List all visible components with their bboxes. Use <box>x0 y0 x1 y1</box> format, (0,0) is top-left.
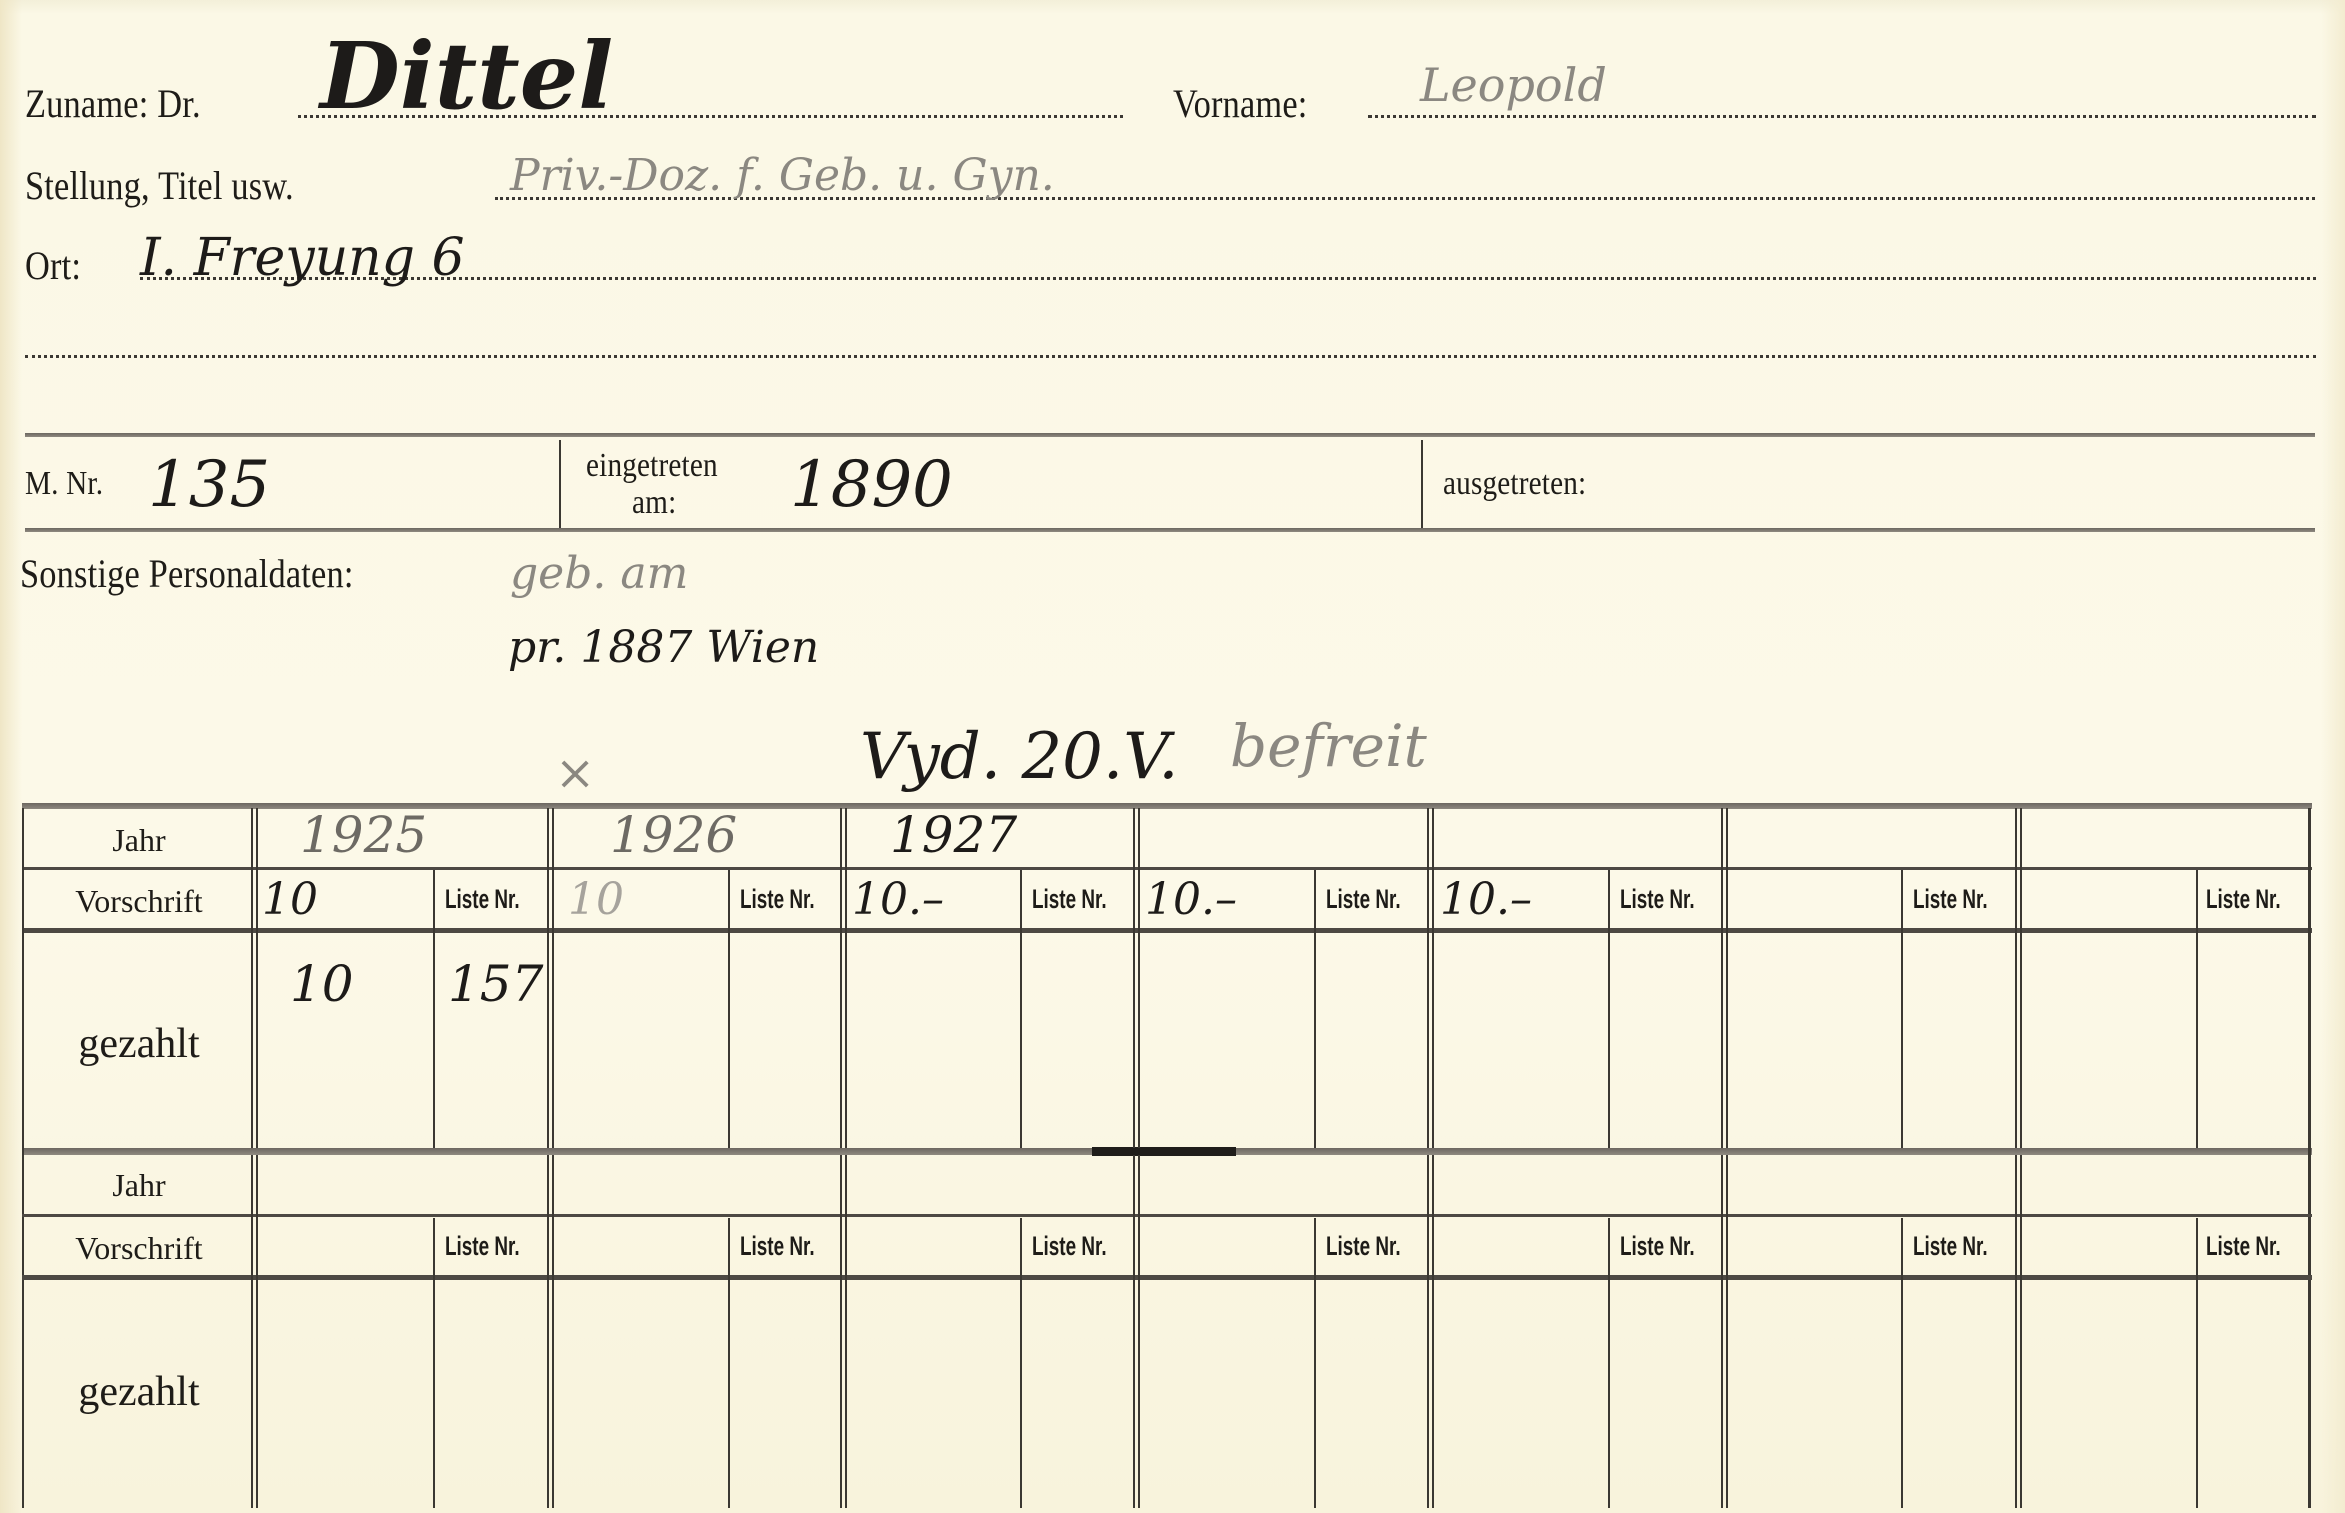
member-no-label: M. Nr. <box>25 465 103 503</box>
list-divider <box>1901 870 1903 1148</box>
place-label: Ort: <box>25 242 81 289</box>
list-no-header: Liste Nr. <box>1620 884 1695 915</box>
group-divider <box>840 1155 847 1508</box>
prescribed-cell[interactable]: 10 <box>568 874 624 925</box>
list-no-header: Liste Nr. <box>1032 1231 1107 1262</box>
list-divider <box>1608 870 1610 1148</box>
group-divider <box>1133 808 1140 1148</box>
group-divider <box>1427 808 1434 1148</box>
row-label-year: Jahr <box>25 1167 253 1204</box>
prescribed-cell[interactable]: 10.– <box>852 874 944 925</box>
table-right-border <box>2308 808 2311 1508</box>
group-divider <box>547 808 554 1148</box>
group-divider <box>1133 1155 1140 1508</box>
list-divider <box>2196 870 2198 1148</box>
member-no-value[interactable]: 135 <box>148 448 270 522</box>
group-divider <box>1721 1155 1728 1508</box>
list-no-header: Liste Nr. <box>740 1231 815 1262</box>
list-divider <box>728 870 730 1148</box>
membership-divider <box>1421 440 1423 528</box>
position-value[interactable]: Priv.-Doz. f. Geb. u. Gyn. <box>510 150 1055 201</box>
prescribed-cell[interactable]: 10 <box>262 874 318 925</box>
list-divider <box>728 1218 730 1508</box>
cross-mark: × <box>555 745 595 801</box>
list-divider <box>1314 1218 1316 1508</box>
list-no-header: Liste Nr. <box>2206 1231 2281 1262</box>
table2-year-rule <box>22 1214 2312 1217</box>
prescribed-cell[interactable]: 10.– <box>1145 874 1237 925</box>
personal-line-2[interactable]: pr. 1887 Wien <box>508 622 819 673</box>
list-no-header: Liste Nr. <box>1032 884 1107 915</box>
row-label-prescribed: Vorschrift <box>25 1230 253 1267</box>
joined-label: eingetreten <box>586 447 718 485</box>
list-no-header: Liste Nr. <box>740 884 815 915</box>
row-label-paid: gezahlt <box>25 1020 253 1068</box>
membership-divider <box>559 440 561 528</box>
membership-bottom-rule <box>25 528 2315 532</box>
index-card: Zuname: Dr. Dittel Vorname: Leopold Stel… <box>0 0 2345 1513</box>
personal-note-2[interactable]: befreit <box>1230 712 1427 780</box>
table1-bottom-mark <box>1092 1147 1236 1156</box>
first-name-value[interactable]: Leopold <box>1420 58 1607 112</box>
list-no-header: Liste Nr. <box>445 1231 520 1262</box>
list-divider <box>1608 1218 1610 1508</box>
row-label-paid: gezahlt <box>25 1368 253 1416</box>
list-no-header: Liste Nr. <box>1913 884 1988 915</box>
group-divider <box>2015 1155 2022 1508</box>
place-line <box>140 277 2316 280</box>
group-divider <box>547 1155 554 1508</box>
surname-label: Zuname: Dr. <box>25 80 201 127</box>
extra-line <box>25 355 2316 358</box>
joined-value[interactable]: 1890 <box>790 448 953 522</box>
year-cell[interactable]: 1927 <box>890 806 1017 864</box>
prescribed-cell[interactable]: 10.– <box>1440 874 1532 925</box>
year-cell[interactable]: 1925 <box>300 806 427 864</box>
list-divider <box>1901 1218 1903 1508</box>
list-no-header: Liste Nr. <box>1326 1231 1401 1262</box>
table2-prescribed-rule <box>22 1275 2312 1280</box>
list-divider <box>1020 1218 1022 1508</box>
row-label-year: Jahr <box>25 822 253 859</box>
paid-list-cell[interactable]: 157 <box>448 955 543 1013</box>
first-name-label: Vorname: <box>1173 80 1307 127</box>
personal-label: Sonstige Personaldaten: <box>20 550 354 597</box>
group-divider <box>251 808 258 1148</box>
place-value[interactable]: I. Freyung 6 <box>140 228 465 288</box>
joined-label-am: am: <box>632 484 676 522</box>
list-divider <box>2196 1218 2198 1508</box>
personal-line-1[interactable]: geb. am <box>510 548 688 599</box>
list-no-header: Liste Nr. <box>2206 884 2281 915</box>
table1-year-rule <box>22 867 2312 870</box>
year-cell[interactable]: 1926 <box>610 806 737 864</box>
first-name-line <box>1368 115 2316 118</box>
list-no-header: Liste Nr. <box>1620 1231 1695 1262</box>
surname-value[interactable]: Dittel <box>320 22 613 130</box>
row-label-prescribed: Vorschrift <box>25 883 253 920</box>
list-divider <box>433 870 435 1148</box>
group-divider <box>1721 808 1728 1148</box>
group-divider <box>2015 808 2022 1148</box>
list-divider <box>1314 870 1316 1148</box>
group-divider <box>840 808 847 1148</box>
membership-top-rule <box>25 433 2315 437</box>
list-no-header: Liste Nr. <box>1326 884 1401 915</box>
list-divider <box>1020 870 1022 1148</box>
list-divider <box>433 1218 435 1508</box>
list-no-header: Liste Nr. <box>1913 1231 1988 1262</box>
left-label: ausgetreten: <box>1443 465 1586 503</box>
list-no-header: Liste Nr. <box>445 884 520 915</box>
position-label: Stellung, Titel usw. <box>25 162 294 209</box>
personal-note[interactable]: Vyd. 20.V. <box>860 720 1179 794</box>
table1-prescribed-rule <box>22 928 2312 933</box>
table-left-border <box>22 808 24 1508</box>
group-divider <box>1427 1155 1434 1508</box>
paid-cell[interactable]: 10 <box>290 955 354 1013</box>
group-divider <box>251 1155 258 1508</box>
